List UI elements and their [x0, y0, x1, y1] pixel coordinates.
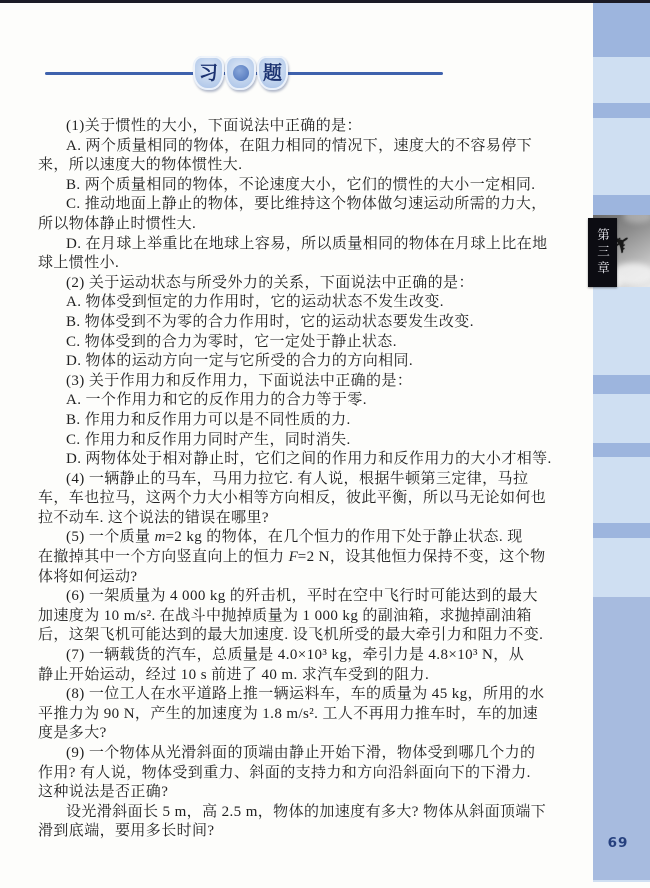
text-line: C. 作用力和反作用力同时产生，同时消失. — [38, 431, 572, 451]
text-line: 滑到底端，要用多长时间? — [38, 822, 572, 842]
text-line: (9) 一个物体从光滑斜面的顶端由静止开始下滑，物体受到哪几个力的 — [38, 744, 572, 764]
text-line: 车，车也拉马，这两个力大小相等方向相反，彼此平衡，所以马无论如何也 — [38, 489, 572, 509]
title-char-right: 题 — [263, 64, 282, 83]
text-line: 在撤掉其中一个方向竖直向上的恒力 F=2 N，设其他恒力保持不变，这个物 — [38, 548, 572, 568]
text-line: D. 两物体处于相对静止时，它们之间的作用力和反作用力的大小才相等. — [38, 450, 572, 470]
text-line: 作用? 有人说，物体受到重力、斜面的支持力和方向沿斜面向下的下滑力. — [38, 764, 572, 784]
sidebar-band — [593, 195, 650, 215]
text-line: A. 一个作用力和它的反作用力的合力等于零. — [38, 391, 572, 411]
page-number: 69 — [603, 835, 633, 851]
text-line: C. 推动地面上静止的物体，要比维持这个物体做匀速运动所需的力大， — [38, 195, 572, 215]
text-line: B. 两个质量相同的物体，不论速度大小，它们的惯性的大小一定相同. — [38, 176, 572, 196]
text-line: D. 物体的运动方向一定与它所受的合力的方向相同. — [38, 352, 572, 372]
text-line: (5) 一个质量 m=2 kg 的物体，在几个恒力的作用下处于静止状态. 现 — [38, 528, 572, 548]
text-line: (3) 关于作用力和反作用力，下面说法中正确的是： — [38, 372, 572, 392]
sidebar-band — [593, 523, 650, 538]
text-line: 后，这架飞机可能达到的最大加速度. 设飞机所受的最大牵引力和阻力不变. — [38, 626, 572, 646]
title-badge: 习 — [193, 56, 224, 90]
page-top-rule — [0, 0, 650, 3]
text-line: B. 作用力和反作用力可以是不同性质的力. — [38, 411, 572, 431]
text-line: 设光滑斜面长 5 m，高 2.5 m，物体的加速度有多大? 物体从斜面顶端下 — [38, 803, 572, 823]
text-line: 这种说法是否正确? — [38, 783, 572, 803]
text-line: 静止开始运动，经过 10 s 前进了 40 m. 求汽车受到的阻力. — [38, 666, 572, 686]
title-char-left: 习 — [199, 64, 218, 83]
text-line: 拉不动车. 这个说法的错误在哪里? — [38, 509, 572, 529]
text-line: 所以物体静止时惯性大. — [38, 215, 572, 235]
sidebar-band — [593, 375, 650, 394]
text-line: (6) 一架质量为 4 000 kg 的歼击机，平时在空中飞行时可能达到的最大 — [38, 587, 572, 607]
text-line: 平推力为 90 N，产生的加速度为 1.8 m/s². 工人不再用力推车时，车的… — [38, 705, 572, 725]
text-line: (2) 关于运动状态与所受外力的关系，下面说法中正确的是： — [38, 274, 572, 294]
text-line: 度是多大? — [38, 724, 572, 744]
title-badge — [225, 56, 256, 90]
text-line: 球上惯性小. — [38, 254, 572, 274]
title-badge: 题 — [257, 56, 288, 90]
chapter-tab: 第三章 — [588, 218, 617, 287]
text-line: 加速度为 10 m/s². 在战斗中抛掉质量为 1 000 kg 的副油箱，求抛… — [38, 607, 572, 627]
text-line: 来，所以速度大的物体惯性大. — [38, 156, 572, 176]
text-line: (1)关于惯性的大小，下面说法中正确的是： — [38, 117, 572, 137]
problem-text: (1)关于惯性的大小，下面说法中正确的是：A. 两个质量相同的物体，在阻力相同的… — [38, 117, 572, 842]
text-line: A. 两个质量相同的物体，在阻力相同的情况下，速度大的不容易停下 — [38, 137, 572, 157]
chapter-sidebar: ✈ — [593, 3, 650, 882]
sidebar-band — [593, 103, 650, 118]
text-line: (7) 一辆载货的汽车，总质量是 4.0×10³ kg，牵引力是 4.8×10³… — [38, 646, 572, 666]
chapter-tab-label: 第三章 — [594, 228, 612, 278]
section-title: 习 题 — [0, 53, 593, 99]
text-line: D. 在月球上举重比在地球上容易，所以质量相同的物体在月球上比在地 — [38, 235, 572, 255]
sidebar-band — [593, 3, 650, 57]
text-line: (4) 一辆静止的马车，马用力拉它. 有人说，根据牛顿第三定律，马拉 — [38, 470, 572, 490]
dot-icon — [233, 65, 249, 81]
text-line: C. 物体受到的合力为零时，它一定处于静止状态. — [38, 333, 572, 353]
text-line: (8) 一位工人在水平道路上推一辆运料车，车的质量为 45 kg，所用的水 — [38, 685, 572, 705]
cloud-shape — [623, 215, 650, 223]
text-line: B. 物体受到不为零的合力作用时，它的运动状态要发生改变. — [38, 313, 572, 333]
text-line: 体将如何运动? — [38, 568, 572, 588]
text-line: A. 物体受到恒定的力作用时，它的运动状态不发生改变. — [38, 293, 572, 313]
sidebar-band — [593, 443, 650, 457]
